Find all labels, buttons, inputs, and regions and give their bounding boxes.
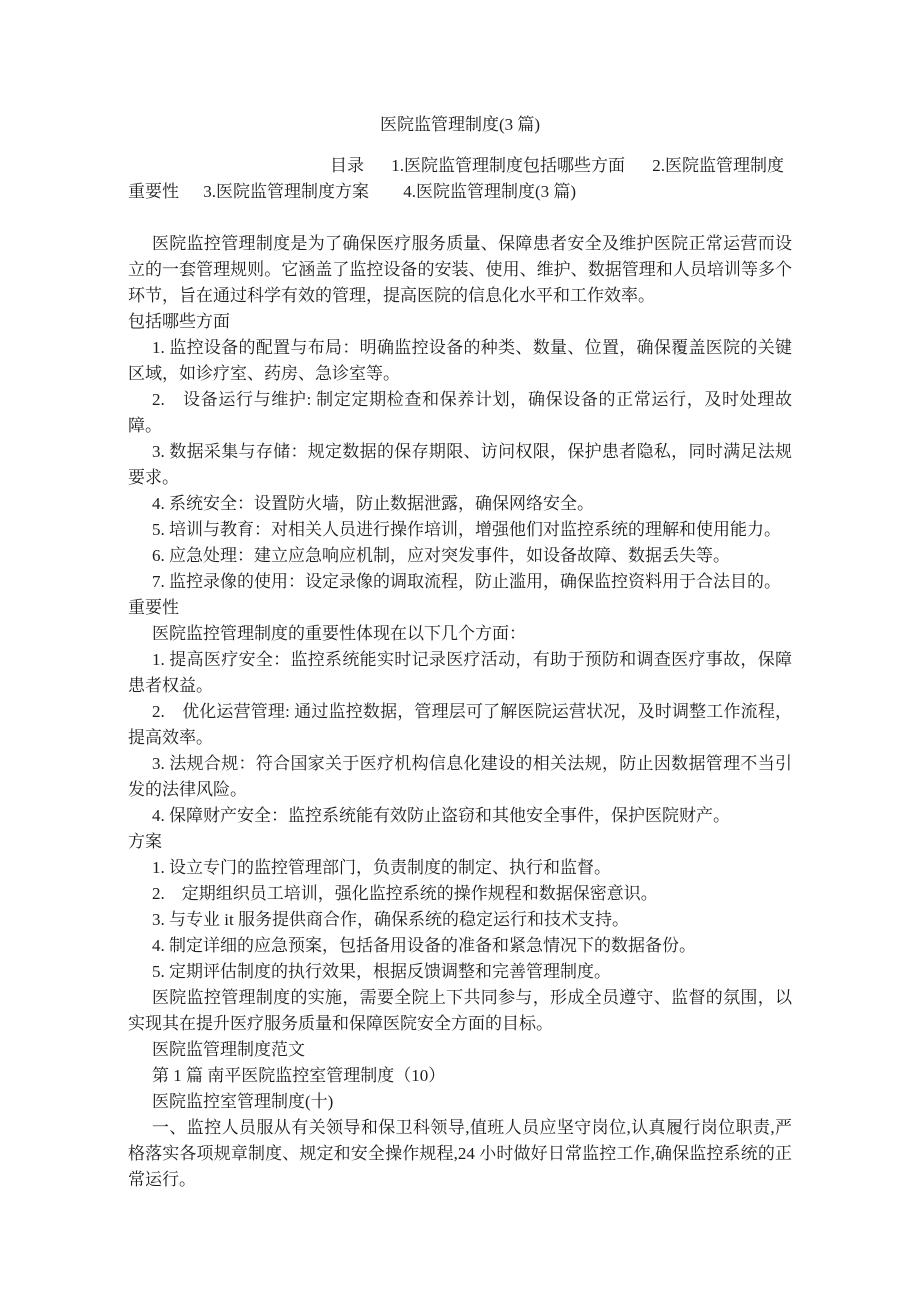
aspects-item-1: 1. 监控设备的配置与布局：明确监控设备的种类、数量、位置，确保覆盖医院的关键区… xyxy=(128,335,792,387)
aspects-item-3: 3. 数据采集与存储：规定数据的保存期限、访问权限，保护患者隐私，同时满足法规要… xyxy=(128,439,792,491)
toc-entry-2: 2.医院监管理制度 xyxy=(652,153,784,179)
importance-item-1: 1. 提高医疗安全：监控系统能实时记录医疗活动，有助于预防和调查医疗事故，保障患… xyxy=(128,647,792,699)
aspects-item-2: 2. 设备运行与维护: 制定定期检查和保养计划，确保设备的正常运行，及时处理故障… xyxy=(128,387,792,439)
aspects-item-4: 4. 系统安全：设置防火墙，防止数据泄露，确保网络安全。 xyxy=(128,491,792,517)
sample-articles-heading: 医院监管理制度范文 xyxy=(128,1037,792,1063)
importance-item-4: 4. 保障财产安全：监控系统能有效防止盗窃和其他安全事件，保护医院财产。 xyxy=(128,803,792,829)
section-heading-plan: 方案 xyxy=(128,829,792,855)
importance-intro: 医院监控管理制度的重要性体现在以下几个方面： xyxy=(128,621,792,647)
toc-entry-3: 3.医院监管理制度方案 xyxy=(203,179,369,205)
plan-item-4: 4. 制定详细的应急预案，包括备用设备的准备和紧急情况下的数据备份。 xyxy=(128,933,792,959)
importance-item-2: 2. 优化运营管理: 通过监控数据，管理层可了解医院运营状况，及时调整工作流程，… xyxy=(128,699,792,751)
plan-item-2: 2. 定期组织员工培训，强化监控系统的操作规程和数据保密意识。 xyxy=(128,881,792,907)
toc-entry-1: 1.医院监管理制度包括哪些方面 xyxy=(391,153,625,179)
toc-entry-2-continued: 重要性 xyxy=(128,179,179,205)
table-of-contents: 目录 1.医院监管理制度包括哪些方面 2.医院监管理制度 重要性 3.医院监管理… xyxy=(128,153,792,205)
closing-paragraph: 医院监控管理制度的实施，需要全院上下共同参与，形成全员遵守、监督的氛围，以实现其… xyxy=(128,985,792,1037)
toc-entry-4: 4.医院监管理制度(3 篇) xyxy=(403,179,576,205)
section-heading-aspects: 包括哪些方面 xyxy=(128,309,792,335)
aspects-item-7: 7. 监控录像的使用：设定录像的调取流程，防止滥用，确保监控资料用于合法目的。 xyxy=(128,569,792,595)
document-body: 医院监控管理制度是为了确保医疗服务质量、保障患者安全及维护医院正常运营而设立的一… xyxy=(128,231,792,1193)
article-1-rule-1: 一、监控人员服从有关领导和保卫科领导,值班人员应坚守岗位,认真履行岗位职责,严格… xyxy=(128,1115,792,1193)
plan-item-1: 1. 设立专门的监控管理部门，负责制度的制定、执行和监督。 xyxy=(128,855,792,881)
toc-line-2: 重要性 3.医院监管理制度方案 4.医院监管理制度(3 篇) xyxy=(128,179,792,205)
article-1-title: 第 1 篇 南平医院监控室管理制度（10） xyxy=(128,1063,792,1089)
aspects-item-6: 6. 应急处理：建立应急响应机制，应对突发事件，如设备故障、数据丢失等。 xyxy=(128,543,792,569)
blank-line xyxy=(128,205,792,231)
plan-item-3: 3. 与专业 it 服务提供商合作，确保系统的稳定运行和技术支持。 xyxy=(128,907,792,933)
importance-item-3: 3. 法规合规：符合国家关于医疗机构信息化建设的相关法规，防止因数据管理不当引发… xyxy=(128,751,792,803)
aspects-item-5: 5. 培训与教育：对相关人员进行操作培训，增强他们对监控系统的理解和使用能力。 xyxy=(128,517,792,543)
toc-line-1: 目录 1.医院监管理制度包括哪些方面 2.医院监管理制度 xyxy=(128,153,792,179)
section-heading-importance: 重要性 xyxy=(128,595,792,621)
article-1-subtitle: 医院监控室管理制度(十) xyxy=(128,1089,792,1115)
document-page: 医院监管理制度(3 篇) 目录 1.医院监管理制度包括哪些方面 2.医院监管理制… xyxy=(0,0,920,1302)
document-title: 医院监管理制度(3 篇) xyxy=(128,112,792,138)
plan-item-5: 5. 定期评估制度的执行效果，根据反馈调整和完善管理制度。 xyxy=(128,959,792,985)
intro-paragraph: 医院监控管理制度是为了确保医疗服务质量、保障患者安全及维护医院正常运营而设立的一… xyxy=(128,231,792,309)
toc-label: 目录 xyxy=(330,153,364,179)
